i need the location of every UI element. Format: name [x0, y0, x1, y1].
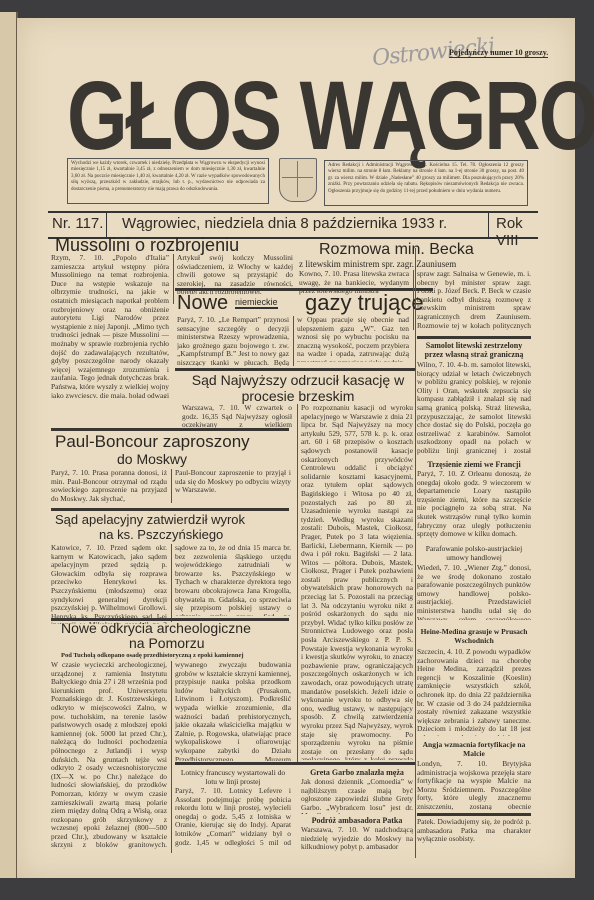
article-patek: Warszawa, 7. 10. W nadchodzącą niedzielę…: [301, 826, 413, 852]
headline-pszczynski-1: Sąd apelacyjny zatwierdził wyrok: [55, 512, 245, 527]
scan-background: [0, 878, 594, 900]
issue-date: Wągrowiec, niedziela dnia 8 października…: [122, 215, 447, 232]
headline-gazy-part2: gazy trujące: [305, 290, 424, 316]
headline-patek: Podróż ambasadora Patka: [301, 816, 413, 825]
volume-year: Rok VIII: [496, 215, 538, 249]
article-pszczynski-col2: sądowe za to, że od dnia 15 marca br. be…: [175, 544, 291, 616]
price-notice: Pojedyńczy numer 10 groszy.: [449, 48, 548, 58]
issue-number: Nr. 117.: [52, 215, 103, 232]
article-archeo-col2: wywanego zwyczaju budowania grobów w ksz…: [175, 661, 291, 761]
headline-gazy-sub: niemieckie: [235, 297, 278, 309]
article-mussolini-col1: Rzym, 7. 10. „Popolo d'Italia” zamieszcz…: [51, 254, 169, 398]
subscription-info-box: Wychodzi we każdy wtorek, czwartek i nie…: [67, 158, 269, 204]
article-sad-najwyzszy-col1: Warszawa, 7. 10. W czwartek o godz. 16,3…: [182, 404, 292, 430]
headline-parafowanie: Parafowanie polsko-austrjackiej umowy ha…: [417, 544, 531, 562]
article-heine: Szczecin, 4. 10. Z powodu wypadków zacho…: [417, 648, 531, 736]
article-archeo-col1: W czasie wycieczki archeologicznej, urzą…: [51, 661, 167, 851]
subhead-archeo: Pod Tucholą odkopano osadę przedhistoryc…: [61, 652, 244, 659]
headline-boncour-1: Paul-Boncour zaproszony: [55, 432, 250, 452]
article-trzesienie: Paryż, 7. 10. Z Orleanu donoszą, że oneg…: [417, 470, 531, 540]
article-sad-najwyzszy-col2: Po rozpoznaniu kasacji od wyroku apelacy…: [301, 404, 413, 760]
article-boncour-col1: Paryż, 7. 10. Prasa poranna donosi, iż m…: [51, 469, 167, 505]
article-garbo: Jak donosi dziennik „Comoedia” w najbliż…: [301, 778, 413, 814]
article-pszczynski-col1: Katowice, 7. 10. Przed sądem okr. karnym…: [51, 544, 167, 624]
coat-of-arms-icon: [279, 158, 317, 202]
article-parafowanie: Wiedeń, 7. 10. „Wiener Ztg.” donosi, że …: [417, 564, 531, 620]
subhead-beck: z litewskim ministrem spr. zagr. Zaunius…: [299, 259, 456, 269]
headline-lotnicy: Lotnicy francuscy wystartowali do lotu w…: [177, 768, 289, 786]
article-boncour-col2: Paul-Boncour zaproszenie to przyjął i ud…: [175, 469, 291, 499]
headline-gazy-part1: Nowe: [177, 292, 228, 315]
editorial-info-box: Adres Redakcji i Administracji Wągrowiec…: [324, 160, 528, 206]
article-patek-continued: Patek. Dowiadujemy się, że podróż p. amb…: [417, 818, 531, 846]
article-gazy-col2: w Oppau pracuje się obecnie nad ulepszen…: [297, 316, 409, 362]
headline-mussolini: Mussolini o rozbrojeniu: [55, 235, 239, 256]
headline-beck: Rozmowa min. Becka: [319, 241, 474, 259]
headline-archeo-1: Nowe odkrycia archeologiczne: [61, 620, 251, 636]
article-beck-col2: spraw zagr. Salnaisa w Genewie, m. i. ob…: [417, 270, 531, 330]
facing-page-edge: [0, 12, 18, 880]
headline-angja: Angja wzmacnia fortyfikacje na Malcie: [417, 740, 531, 758]
headline-archeo-2: na Pomorzu: [129, 635, 204, 651]
headline-boncour-2: do Moskwy: [117, 451, 187, 467]
headline-trzesienie: Trzęsienie ziemi we Francji: [417, 460, 531, 469]
headline-garbo: Greta Garbo znalazła męża: [301, 768, 413, 777]
headline-sad-najwyzszy: Sąd Najwyższy odrzucił kasację w procesi…: [182, 372, 414, 404]
headline-pszczynski-2: na ks. Pszczyńskiego: [99, 527, 223, 542]
newspaper-page: Ostrowiecki Pojedyńczy numer 10 groszy. …: [17, 18, 575, 878]
article-samolot: Wilno, 7. 10. 4-b. m. samolot litewski, …: [417, 361, 531, 457]
headline-samolot: Samolot litewski zestrzelony przez własn…: [417, 341, 531, 359]
article-angja: Londyn, 7. 10. Brytyjska administracja w…: [417, 760, 531, 810]
article-gazy-col1: Paryż, 7. 10. „Le Rempart” przynosi sens…: [177, 316, 289, 366]
headline-heine: Heine-Medina grasuje w Prusach Wschodnic…: [417, 627, 531, 645]
article-lotnicy: Paryż, 7. 10. Lotnicy Lefevre i Assolant…: [175, 787, 291, 847]
